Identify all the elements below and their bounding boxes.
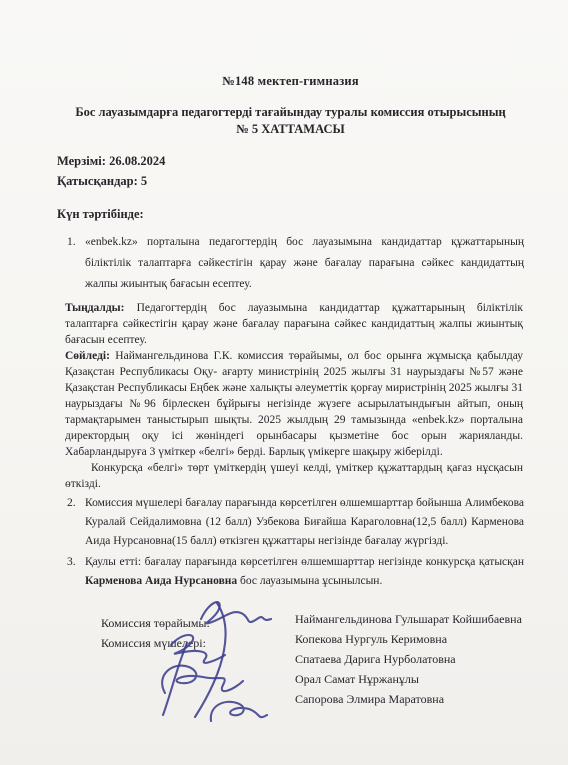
participants-value: 5 bbox=[141, 174, 147, 188]
chair-label: Комиссия төрайымы: bbox=[101, 613, 210, 633]
resolved-text-before: бағалау парағында көрсетілген өлшемшартт… bbox=[145, 556, 524, 568]
signer-name-member-1: Копекова Нургуль Керимовна bbox=[295, 629, 522, 649]
agenda-item-1-text: «enbek.kz» порталына педагогтердің бос л… bbox=[85, 236, 524, 290]
spoke-text: Наймангельдинова Г.К. комиссия төрайымы,… bbox=[65, 350, 523, 458]
signature-block: Комиссия төрайымы: Комиссия мүшелері: На… bbox=[57, 607, 524, 747]
date-label: Мерзімі: bbox=[57, 154, 106, 168]
contest-text: Конкурсқа «белгі» төрт үміткердің үшеуі … bbox=[65, 462, 523, 490]
participants-label: Қатысқандар: bbox=[57, 174, 138, 188]
contest-paragraph: Конкурсқа «белгі» төрт үміткердің үшеуі … bbox=[65, 460, 523, 492]
signer-names: Наймангельдинова Гульшарат Койшибаевна К… bbox=[295, 609, 522, 709]
spoke-label: Сөйледі: bbox=[65, 350, 110, 362]
signer-name-member-2: Спатаева Дарига Нурболатовна bbox=[295, 649, 522, 669]
decision-item-2: 2. Комиссия мүшелері бағалау парағында к… bbox=[57, 494, 524, 551]
school-name: №148 мектеп-гимназия bbox=[57, 74, 524, 89]
document-title-line2: № 5 ХАТТАМАСЫ bbox=[57, 121, 524, 138]
agenda-item-1-number: 1. bbox=[67, 232, 76, 253]
signer-name-chair: Наймангельдинова Гульшарат Койшибаевна bbox=[295, 609, 522, 629]
date-value: 26.08.2024 bbox=[109, 154, 165, 168]
signature-labels: Комиссия төрайымы: Комиссия мүшелері: bbox=[101, 613, 210, 653]
spoke-paragraph: Сөйледі: Наймангельдинова Г.К. комиссия … bbox=[65, 348, 523, 460]
agenda-heading: Күн тәртібінде: bbox=[57, 207, 524, 222]
meta-block: Мерзімі: 26.08.2024 Қатысқандар: 5 bbox=[57, 151, 524, 191]
decision-item-2-number: 2. bbox=[67, 494, 76, 513]
document-content: №148 мектеп-гимназия Бос лауазымдарға пе… bbox=[57, 74, 524, 747]
agenda-item-1: 1. «enbek.kz» порталына педагогтердің бо… bbox=[57, 232, 524, 295]
document-title: Бос лауазымдарға педагогтерді тағайындау… bbox=[57, 104, 524, 138]
resolved-text-after: бос лауазымына ұсынылсын. bbox=[240, 575, 382, 587]
members-label: Комиссия мүшелері: bbox=[101, 633, 210, 653]
decision-item-3: 3. Қаулы етті: бағалау парағында көрсеті… bbox=[57, 553, 524, 591]
participants-line: Қатысқандар: 5 bbox=[57, 171, 524, 191]
document-page: №148 мектеп-гимназия Бос лауазымдарға пе… bbox=[0, 0, 568, 765]
document-title-line1: Бос лауазымдарға педагогтерді тағайындау… bbox=[57, 104, 524, 121]
signer-name-member-4: Сапорова Элмира Маратовна bbox=[295, 689, 522, 709]
date-line: Мерзімі: 26.08.2024 bbox=[57, 151, 524, 171]
heard-text: Педагогтердің бос лауазымына кандидаттар… bbox=[65, 302, 523, 346]
heard-label: Тыңдалды: bbox=[65, 302, 124, 314]
signer-name-member-3: Орал Самат Нұржанұлы bbox=[295, 669, 522, 689]
heard-paragraph: Тыңдалды: Педагогтердің бос лауазымына к… bbox=[65, 300, 523, 348]
resolved-label: Қаулы етті: bbox=[85, 556, 141, 568]
selected-candidate-name: Карменова Аида Нурсановна bbox=[85, 575, 237, 587]
decision-item-3-number: 3. bbox=[67, 553, 76, 572]
decision-item-2-text: Комиссия мүшелері бағалау парағында көрс… bbox=[85, 497, 524, 547]
